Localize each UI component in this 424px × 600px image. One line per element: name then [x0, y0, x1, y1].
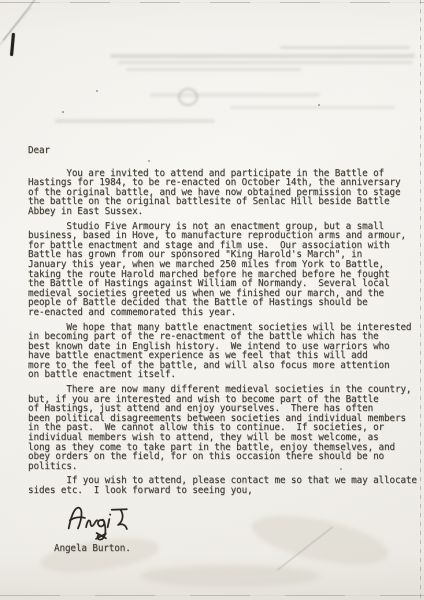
paper-speck — [96, 90, 98, 92]
showthrough-ghost-line — [126, 68, 301, 71]
scanned-letter-page: Dear You are invited to attend and parti… — [0, 0, 424, 600]
paper-speck — [318, 104, 320, 106]
paragraph-invitation: You are invited to attend and participat… — [28, 169, 420, 217]
paragraph-no-politics: There are now many different medieval so… — [28, 385, 420, 471]
signature-handwritten-icon — [64, 501, 128, 543]
showthrough-ghost-line — [55, 119, 215, 123]
paragraph-studio-five: Studio Five Armoury is not an enactment … — [28, 222, 420, 318]
showthrough-ghost-ring — [178, 88, 198, 106]
paragraph-societies-hope: We hope that many battle enactment socie… — [28, 323, 420, 381]
letter-body: Dear You are invited to attend and parti… — [28, 146, 420, 553]
showthrough-ghost-line — [150, 93, 320, 97]
paper-stain — [140, 565, 320, 587]
signature-block: Angela Burton. — [54, 501, 420, 554]
paper-speck — [62, 111, 64, 113]
showthrough-ghost-line — [280, 46, 410, 49]
showthrough-ghost-line — [110, 54, 415, 58]
scan-edge-right — [420, 0, 421, 600]
scan-edge-top — [0, 2, 424, 3]
salutation: Dear — [28, 146, 420, 156]
paragraph-contact: If you wish to attend, please contact me… — [28, 476, 420, 495]
showthrough-ghost-line — [118, 61, 413, 64]
showthrough-ghost-line — [230, 106, 395, 109]
ink-mark — [10, 33, 15, 56]
signed-name: Angela Burton. — [54, 544, 420, 554]
fold-crease-topleft-secondary — [0, 7, 31, 46]
scan-edge-bottom — [0, 595, 424, 596]
